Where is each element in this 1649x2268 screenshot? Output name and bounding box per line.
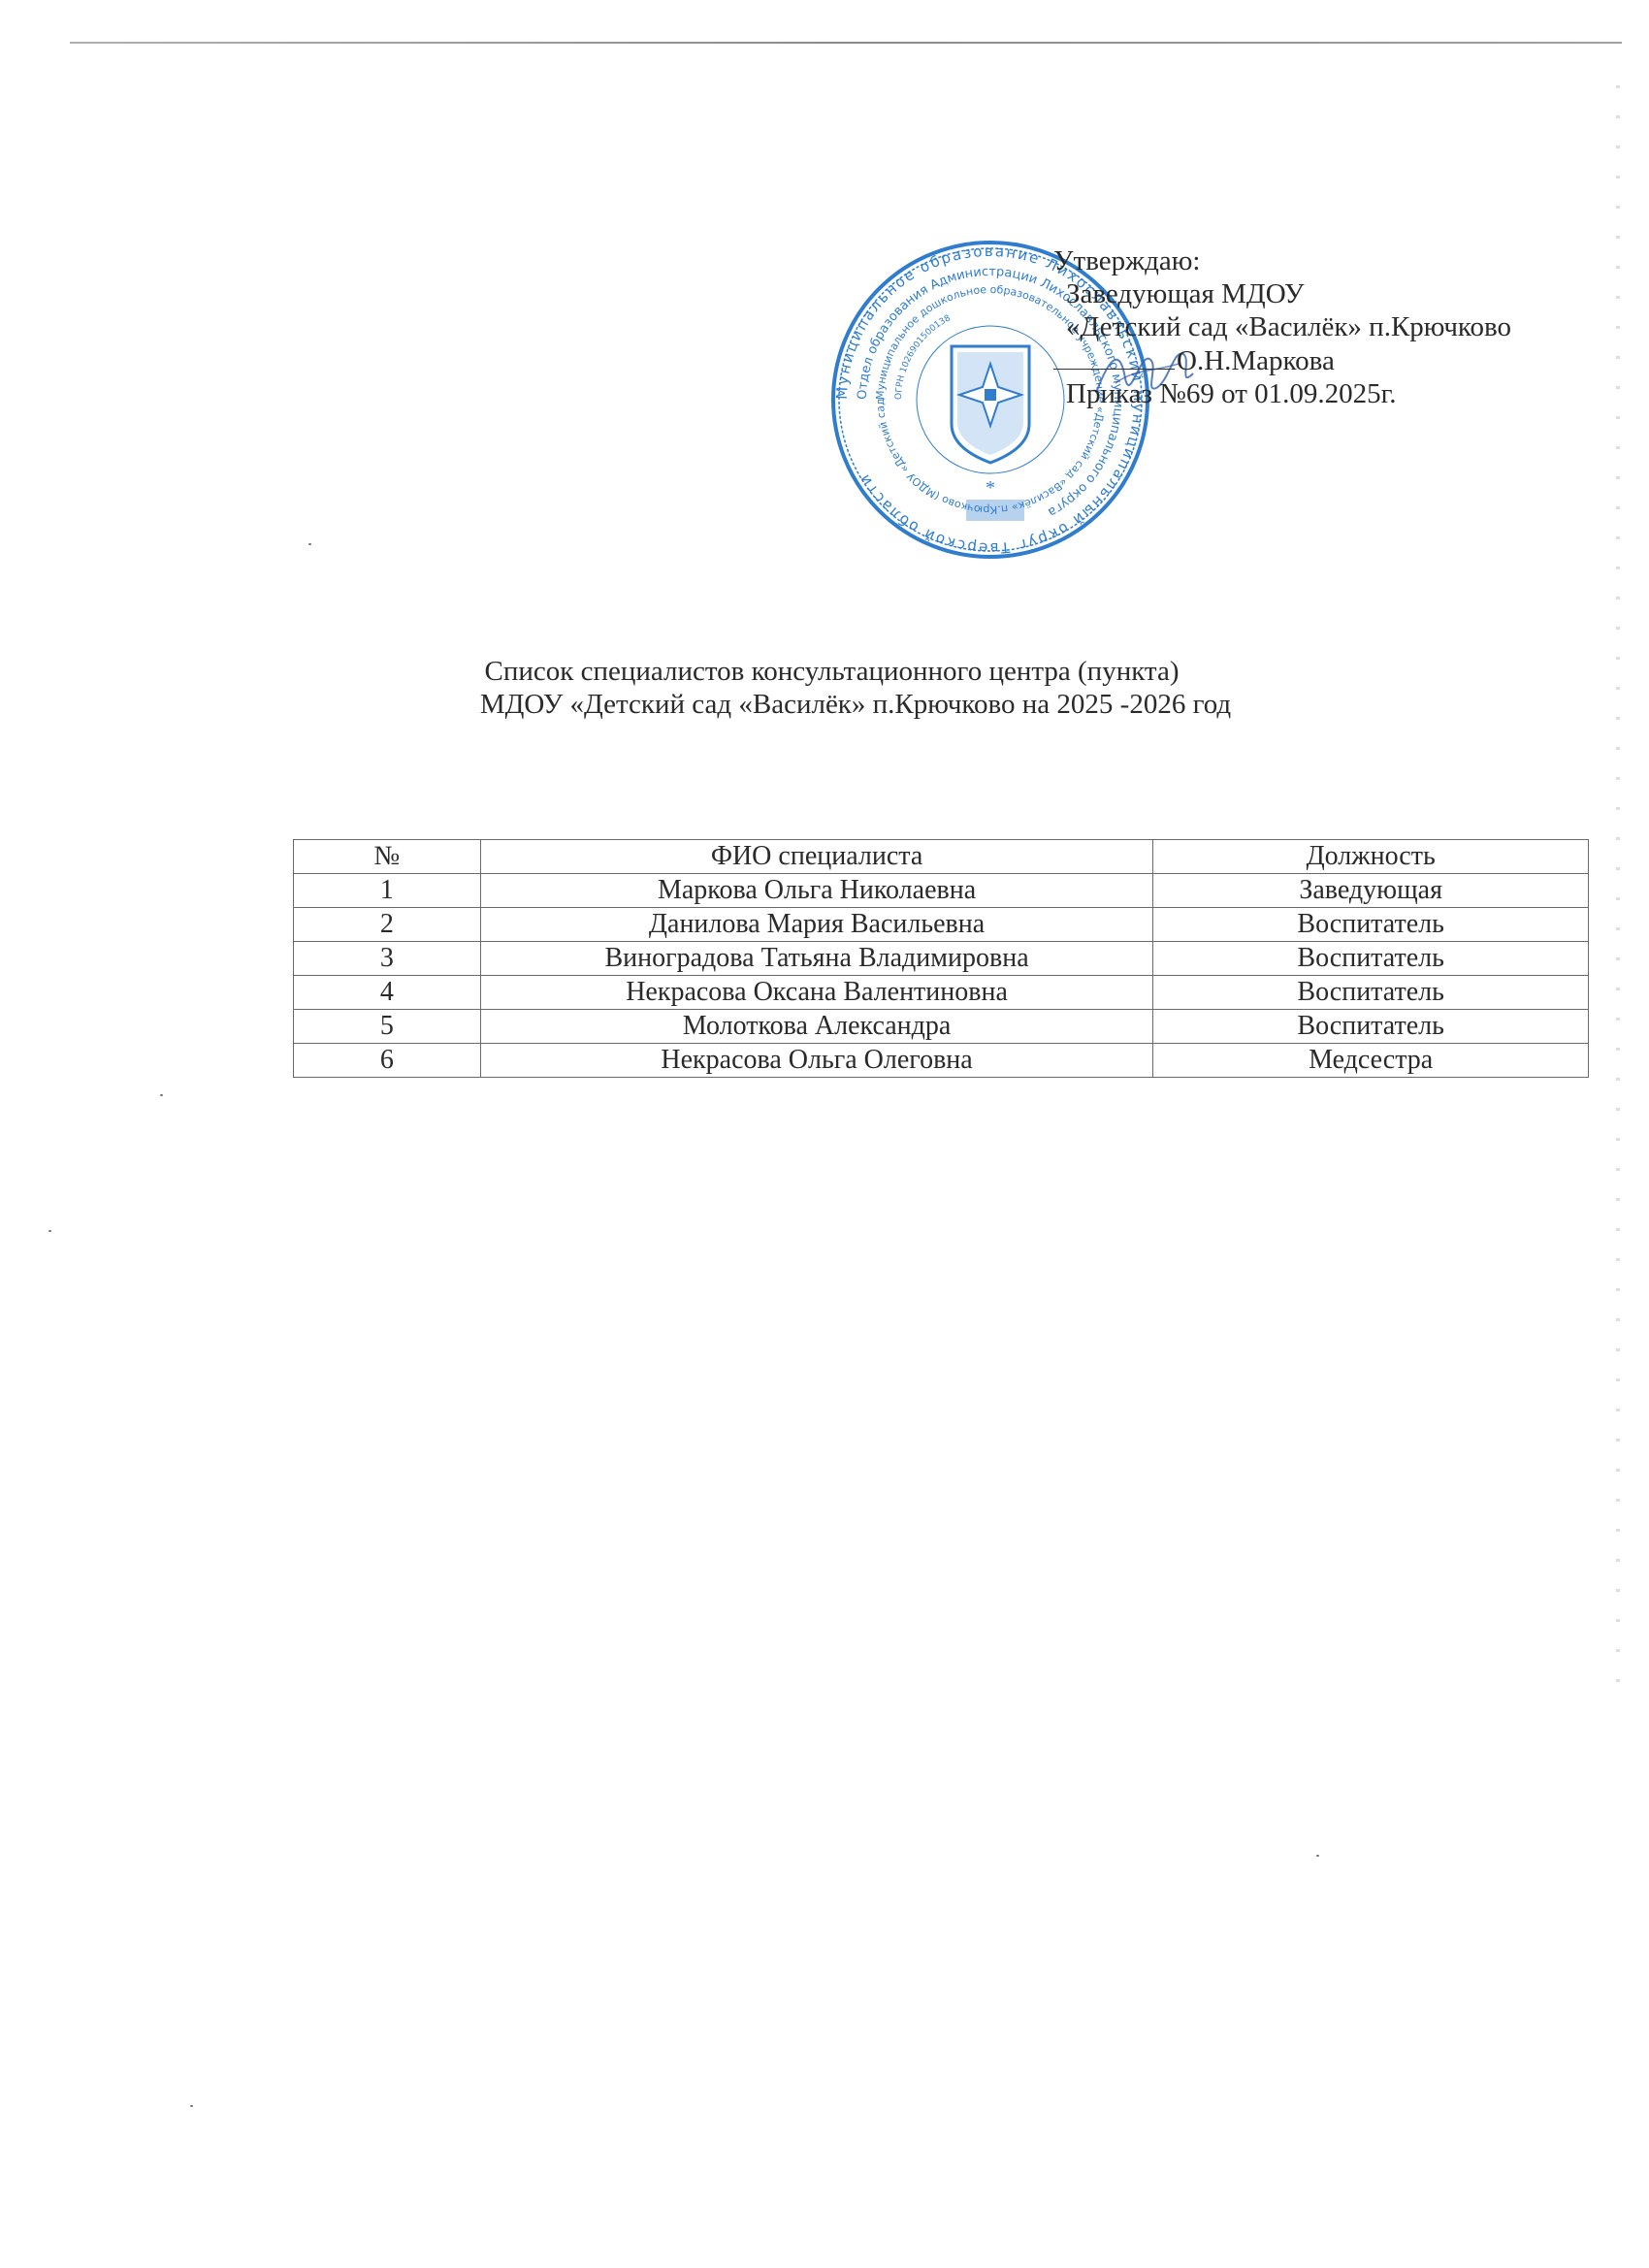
scan-speck [48,1230,51,1232]
document-title: Список специалистов консультационного це… [0,655,1649,721]
cell-name: Некрасова Оксана Валентиновна [480,976,1152,1010]
scan-speck [190,2105,193,2107]
cell-name: Данилова Мария Васильевна [480,908,1152,942]
cell-position: Воспитатель [1153,976,1589,1010]
cell-number: 5 [294,1010,481,1044]
document-title-line-1: Список специалистов консультационного це… [0,655,1649,688]
cell-name: Некрасова Ольга Олеговна [480,1044,1152,1078]
header-name: ФИО специалиста [480,840,1152,874]
svg-text:*: * [986,477,995,499]
header-position: Должность [1153,840,1589,874]
approval-signer-line: О.Н.Маркова [1053,343,1511,377]
cell-number: 6 [294,1044,481,1078]
header-number: № [294,840,481,874]
cell-name: Виноградова Татьяна Владимировна [480,942,1152,976]
table-header-row: № ФИО специалиста Должность [294,840,1589,874]
specialists-table: № ФИО специалиста Должность 1 Маркова Ол… [293,839,1589,1078]
table-row: 4 Некрасова Оксана Валентиновна Воспитат… [294,976,1589,1010]
scan-speck [1316,1855,1319,1857]
cell-number: 4 [294,976,481,1010]
approval-organization: «Детский сад «Василёк» п.Крючково [1053,310,1511,343]
approval-block: Утверждаю: Заведующая МДОУ «Детский сад … [1053,244,1511,410]
signature-line [1053,343,1175,370]
scan-edge-artifact [1616,58,1620,1707]
cell-name: Маркова Ольга Николаевна [480,874,1152,908]
cell-position: Заведующая [1153,874,1589,908]
scan-speck [308,543,311,545]
page-top-rule [70,42,1622,44]
cell-position: Медсестра [1153,1044,1589,1078]
approval-order: Приказ №69 от 01.09.2025г. [1053,377,1511,410]
cell-number: 2 [294,908,481,942]
cell-number: 3 [294,942,481,976]
cell-position: Воспитатель [1153,1010,1589,1044]
approval-position: Заведующая МДОУ [1053,277,1511,310]
cell-number: 1 [294,874,481,908]
document-title-line-2: МДОУ «Детский сад «Василёк» п.Крючково н… [0,688,1649,721]
table-row: 6 Некрасова Ольга Олеговна Медсестра [294,1044,1589,1078]
table-row: 3 Виноградова Татьяна Владимировна Воспи… [294,942,1589,976]
cell-name: Молоткова Александра [480,1010,1152,1044]
table-row: 2 Данилова Мария Васильевна Воспитатель [294,908,1589,942]
scan-speck [160,1094,163,1096]
cell-position: Воспитатель [1153,942,1589,976]
approval-heading: Утверждаю: [1053,244,1511,277]
table-row: 1 Маркова Ольга Николаевна Заведующая [294,874,1589,908]
table-row: 5 Молоткова Александра Воспитатель [294,1010,1589,1044]
approval-signer: О.Н.Маркова [1177,345,1335,376]
cell-position: Воспитатель [1153,908,1589,942]
